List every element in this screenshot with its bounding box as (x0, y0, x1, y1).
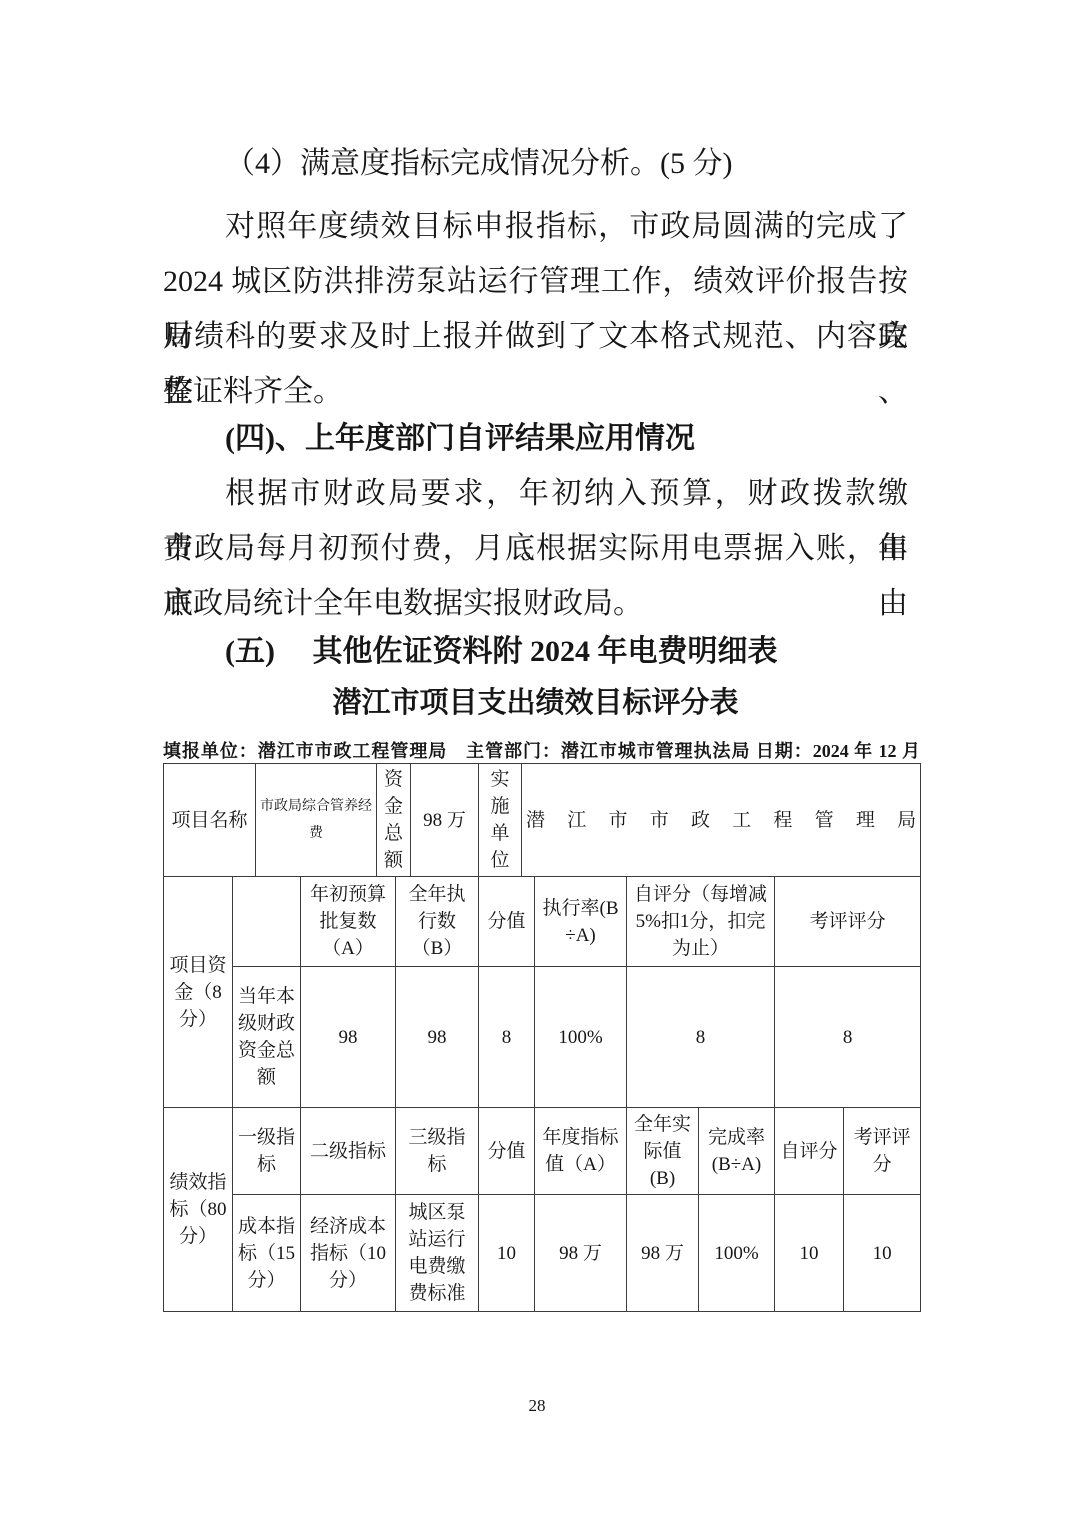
cell-perf-row-score: 10 (479, 1195, 535, 1312)
cell-fund-row-self: 8 (627, 967, 775, 1108)
text-line: 局绩科的要求及时上报并做到了文本格式规范、内容完整、 (163, 309, 908, 364)
score-table: 项目名称 市政局综合管养经费 资金总额 98 万 实施单位 潜江市市政工程管理局… (163, 763, 921, 1312)
cell-perf-row-target: 98 万 (535, 1195, 627, 1312)
cell-perf-head-actual: 全年实际值(B) (627, 1108, 699, 1195)
cell-perf-row-self: 10 (775, 1195, 844, 1312)
paragraph-self-eval-application: 根据市财政局要求，年初纳入预算，财政拨款缴费。由市政局每月初预付费，月底根据实际… (163, 466, 908, 631)
text-line: (四)、上年度部门自评结果应用情况 (163, 411, 908, 466)
cell-perf-row-review: 10 (844, 1195, 921, 1312)
table-title: 潜江市项目支出绩效目标评分表 (163, 676, 908, 731)
cell-perf-row-actual: 98 万 (627, 1195, 699, 1312)
text-line: 2024 城区防洪排涝泵站运行管理工作，绩效评价报告按财政 (163, 254, 908, 309)
cell-unit: 潜江市市政工程管理局 (522, 764, 921, 877)
cell-fund-row-rate: 100% (535, 967, 627, 1108)
text-line: 对照年度绩效目标申报指标，市政局圆满的完成了 (163, 199, 908, 254)
cell-perf-head-rate: 完成率(B÷A) (699, 1108, 775, 1195)
cell-fund-row-exec: 98 (396, 967, 479, 1108)
cell-fund-head-exec: 全年执行数（B） (396, 877, 479, 967)
table-meta-line: 填报单位：潜江市市政工程管理局 主管部门：潜江市城市管理执法局 日期：2024 … (163, 741, 920, 762)
cell-fund-head-budget: 年初预算批复数（A） (301, 877, 396, 967)
cell-perf-row-l1: 成本指标（15分） (233, 1195, 301, 1312)
text-line: 根据市财政局要求，年初纳入预算，财政拨款缴费。由 (163, 466, 908, 521)
cell-perf-row-l2: 经济成本指标（10 分） (301, 1195, 396, 1312)
page-number: 28 (0, 1396, 1074, 1416)
cell-unit-label: 实施单位 (479, 764, 522, 877)
cell-perf-row-l3: 城区泵站运行电费缴费标准 (396, 1195, 479, 1312)
cell-fund-head-score: 分值 (479, 877, 535, 967)
cell-fund-head-review: 考评评分 (775, 877, 921, 967)
cell-perf-head-l2: 二级指标 (301, 1108, 396, 1195)
cell-perf-head-l3: 三级指标 (396, 1108, 479, 1195)
cell-perf-head-review: 考评评分 (844, 1108, 921, 1195)
heading-section-5: (五) 其他佐证资料附 2024 年电费明细表 (163, 624, 908, 679)
document-page: （4）满意度指标完成情况分析。(5 分) 对照年度绩效目标申报指标，市政局圆满的… (0, 0, 1074, 1520)
text-line: (五) 其他佐证资料附 2024 年电费明细表 (163, 624, 908, 679)
cell-fund-row-budget: 98 (301, 967, 396, 1108)
text-line: 市政局每月初预付费，月底根据实际用电票据入账，年底由 (163, 521, 908, 576)
cell-perf-head-l1: 一级指标 (233, 1108, 301, 1195)
cell-perf-head-score: 分值 (479, 1108, 535, 1195)
paragraph-annual-target-analysis: 对照年度绩效目标申报指标，市政局圆满的完成了2024 城区防洪排涝泵站运行管理工… (163, 199, 908, 419)
heading-section-4: (四)、上年度部门自评结果应用情况 (163, 411, 908, 466)
cell-fund-total: 98 万 (411, 764, 479, 877)
cell-fund-total-label: 资金总额 (377, 764, 411, 877)
cell-perf-row-rate: 100% (699, 1195, 775, 1312)
cell-fund-head-self: 自评分（每增减5%扣1分，扣完为止） (627, 877, 775, 967)
cell-perf-head-self: 自评分 (775, 1108, 844, 1195)
cell-fund-head-blank (233, 877, 301, 967)
cell-fund-group-label: 项目资金（8分） (164, 877, 233, 1108)
cell-project-name: 市政局综合管养经费 (256, 764, 377, 877)
text-line: （4）满意度指标完成情况分析。(5 分) (163, 136, 908, 191)
cell-project-name-label: 项目名称 (164, 764, 256, 877)
text-line: 潜江市项目支出绩效目标评分表 (163, 676, 908, 731)
cell-fund-head-rate: 执行率(B÷A) (535, 877, 627, 967)
cell-perf-group-label: 绩效指标（80分） (164, 1108, 233, 1312)
paragraph-satisfaction-indicator: （4）满意度指标完成情况分析。(5 分) (163, 136, 908, 191)
cell-fund-row-score: 8 (479, 967, 535, 1108)
cell-fund-row-label: 当年本级财政资金总额 (233, 967, 301, 1108)
cell-fund-row-review: 8 (775, 967, 921, 1108)
cell-perf-head-target: 年度指标值（A） (535, 1108, 627, 1195)
